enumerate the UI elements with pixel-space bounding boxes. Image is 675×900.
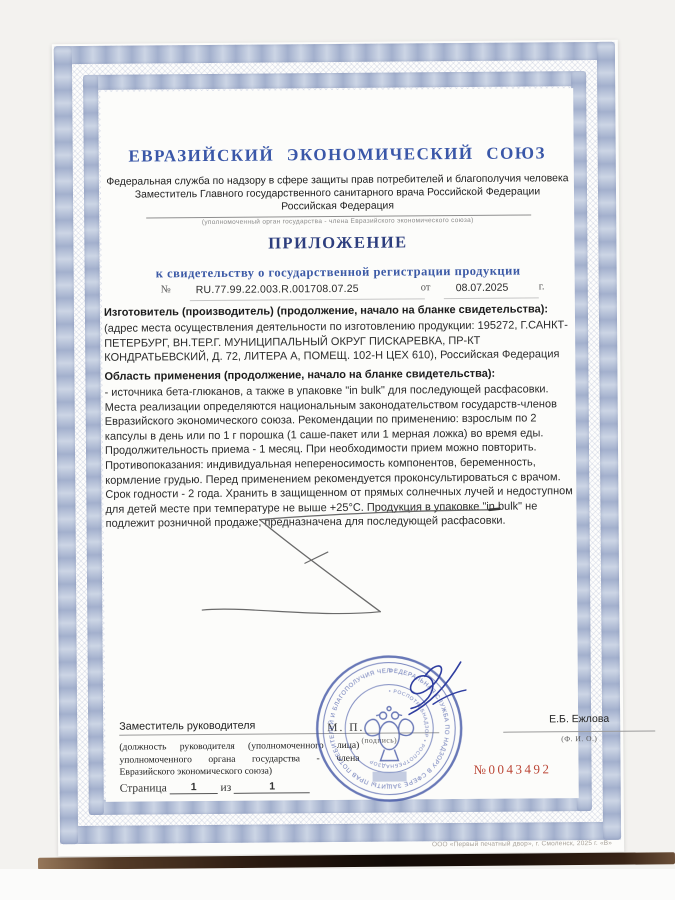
scanned-certificate-photo: { "header": { "union_title": "ЕВРАЗИЙСКИ… xyxy=(0,0,675,900)
from-label: от xyxy=(421,282,431,293)
certificate-number: RU.77.99.22.003.R.001708.07.25 xyxy=(196,283,359,296)
certificate-page: ЕВРАЗИЙСКИЙ ЭКОНОМИЧЕСКИЙ СОЮЗ Федеральн… xyxy=(52,40,624,856)
page-label: Страница xyxy=(120,782,167,794)
signer-position: Заместитель руководителя xyxy=(119,720,255,733)
authority-line-1: Федеральная служба по надзору в сфере за… xyxy=(101,173,574,188)
photo-background xyxy=(0,869,675,900)
of-label: из xyxy=(220,782,231,794)
signer-name: Е.Б. Ежлова xyxy=(503,713,655,726)
document-subtitle: к свидетельству о государственной регист… xyxy=(102,263,575,282)
frame-band xyxy=(54,46,78,844)
name-caption: (Ф. И. О.) xyxy=(503,734,655,744)
stamp-code-box xyxy=(373,771,407,781)
frame-band xyxy=(54,42,615,64)
manufacturer-heading: Изготовитель (производитель) (продолжени… xyxy=(104,303,572,319)
handwritten-signature xyxy=(373,660,468,719)
year-label: г. xyxy=(539,281,545,292)
guilloche-frame: ЕВРАЗИЙСКИЙ ЭКОНОМИЧЕСКИЙ СОЮЗ Федеральн… xyxy=(54,42,621,844)
pen-z-mark xyxy=(197,498,518,631)
certificate-content: ЕВРАЗИЙСКИЙ ЭКОНОМИЧЕСКИЙ СОЮЗ Федеральн… xyxy=(100,88,579,802)
form-serial-number: №0043492 xyxy=(473,761,551,778)
date-underline xyxy=(444,297,539,299)
certificate-date: 08.07.2025 xyxy=(456,282,509,294)
page-total: 1 xyxy=(234,780,310,794)
manufacturer-body: (адрес места осуществления деятельности … xyxy=(104,318,572,365)
page-counter: Страница 1 из 1 xyxy=(120,780,311,797)
number-sign: № xyxy=(161,284,171,295)
scope-heading: Область применения (продолжение, начало … xyxy=(104,367,572,383)
page-current: 1 xyxy=(170,781,218,794)
union-title: ЕВРАЗИЙСКИЙ ЭКОНОМИЧЕСКИЙ СОЮЗ xyxy=(101,143,574,167)
authority-line-2: Заместитель Главного государственного са… xyxy=(101,186,574,201)
frame-band xyxy=(83,71,586,90)
print-house-note: ООО «Первый печатный двор», г. Смоленск,… xyxy=(432,840,612,848)
authority-line-3: Российская Федерация xyxy=(101,199,574,214)
document-title: ПРИЛОЖЕНИЕ xyxy=(101,231,574,255)
